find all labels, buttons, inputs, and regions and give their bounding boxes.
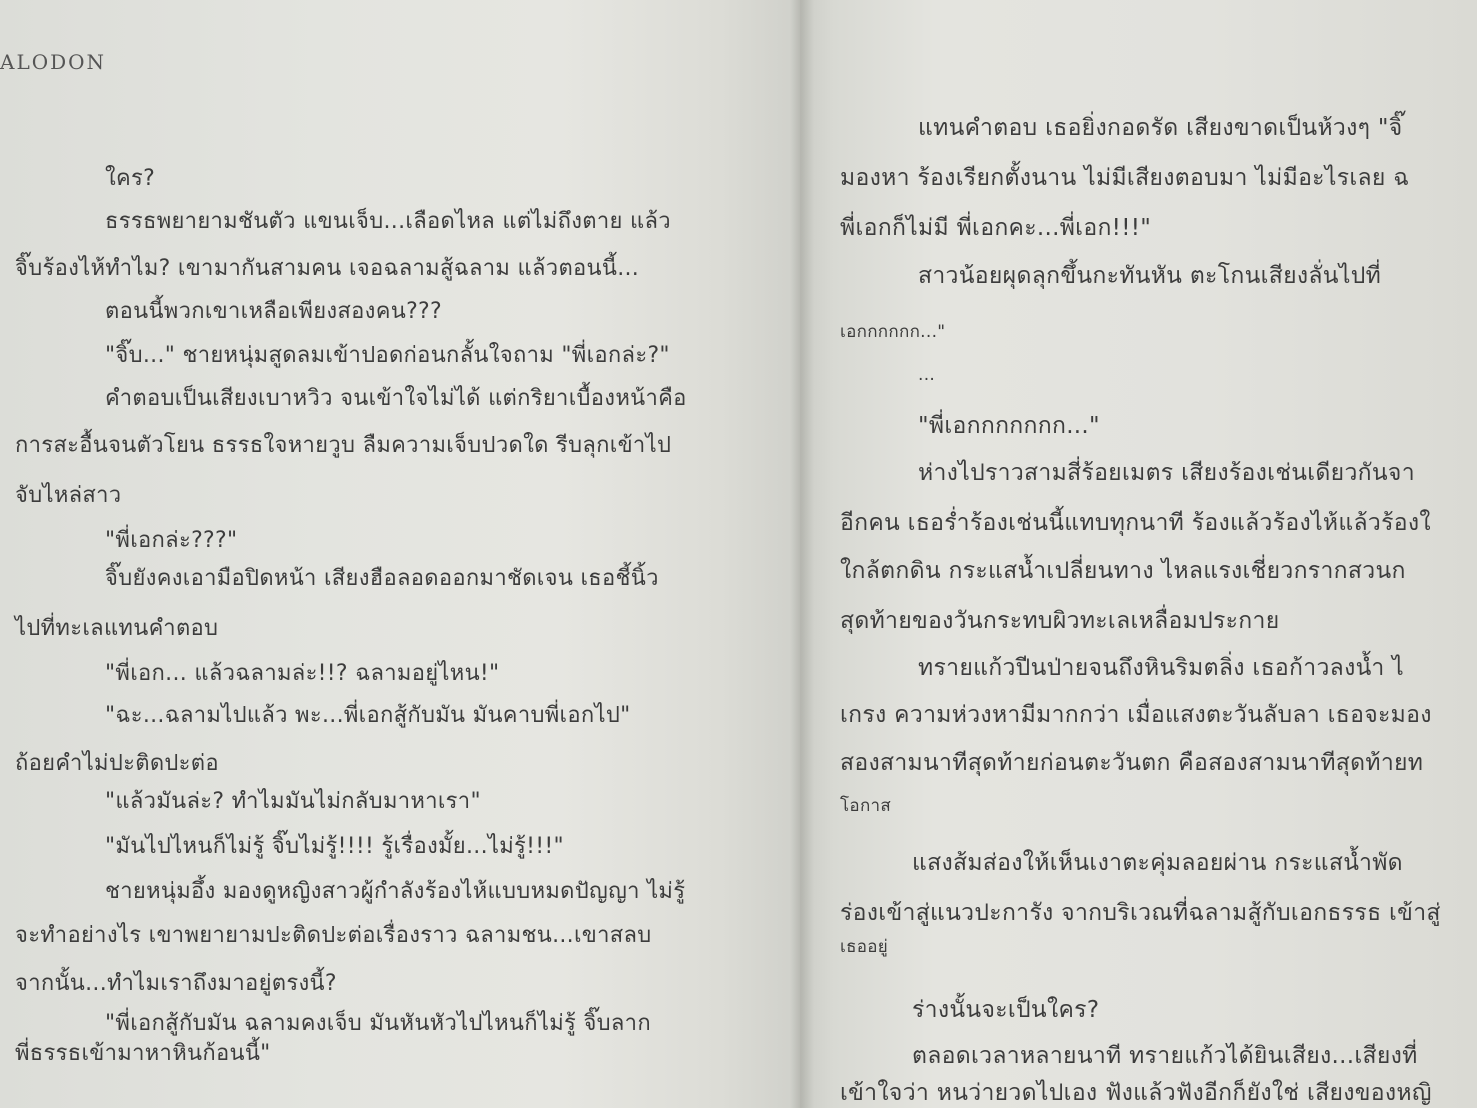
text-line: ทรายแก้วปีนป่ายจนถึงหินริมตลิ่ง เธอก้าวล… — [918, 650, 1404, 686]
text-line: "พี่เอกกกกกกก..." — [918, 408, 1100, 444]
text-line: เกรง ความห่วงหามีมากกว่า เมื่อแสงตะวันลั… — [840, 697, 1432, 733]
left-book-page: ALODON ใคร?ธรรธพยายามชันตัว แขนเจ็บ...เล… — [0, 0, 800, 1108]
text-line: การสะอื้นจนตัวโยน ธรรธใจหายวูบ ลืมความเจ… — [15, 427, 671, 462]
text-line: "แล้วมันล่ะ? ทำไมมันไม่กลับมาหาเรา" — [105, 783, 481, 818]
text-line: สองสามนาทีสุดท้ายก่อนตะวันตก คือสองสามนา… — [840, 745, 1423, 781]
text-line: เข้าใจว่า หนว่ายวดไปเอง ฟังแล้วฟังอีกก็ย… — [840, 1075, 1432, 1108]
text-line: อีกคน เธอร่ำร้องเช่นนี้แทบทุกนาที ร้องแล… — [840, 505, 1431, 541]
text-line: จะทำอย่างไร เขาพยายามปะติดปะต่อเรื่องราว… — [15, 917, 652, 952]
text-line: ถ้อยคำไม่ปะติดปะต่อ — [15, 745, 219, 780]
text-line: ตอนนี้พวกเขาเหลือเพียงสองคน??? — [105, 293, 442, 328]
text-line: จับไหล่สาว — [15, 477, 121, 512]
text-line: ร่างนั้นจะเป็นใคร? — [912, 992, 1099, 1028]
text-line: ชายหนุ่มอึ้ง มองดูหญิงสาวผู้กำลังร้องไห้… — [105, 873, 685, 908]
text-line: ใคร? — [105, 160, 155, 195]
text-line: ใกล้ตกดิน กระแสน้ำเปลี่ยนทาง ไหลแรงเชี่ย… — [840, 553, 1406, 589]
text-line: "พี่เอก... แล้วฉลามล่ะ!!? ฉลามอยู่ไหน!" — [105, 655, 499, 690]
text-line: ไปที่ทะเลแทนคำตอบ — [15, 610, 218, 645]
text-line: ธรรธพยายามชันตัว แขนเจ็บ...เลือดไหล แต่ไ… — [105, 203, 671, 238]
text-line: ... — [918, 365, 935, 385]
text-line: แทนคำตอบ เธอยิ่งกอดรัด เสียงขาดเป็นห้วงๆ… — [918, 110, 1403, 146]
text-line: ร่องเข้าสู่แนวปะการัง จากบริเวณที่ฉลามสู… — [840, 895, 1441, 931]
text-line: พี่เอกก็ไม่มี พี่เอกคะ...พี่เอก!!!" — [840, 210, 1151, 246]
text-line: สุดท้ายของวันกระทบผิวทะเลเหลื่อมประกาย — [840, 603, 1280, 639]
text-line: ห่างไปราวสามสี่ร้อยเมตร เสียงร้องเช่นเดี… — [918, 455, 1415, 491]
text-line: เธออยู่ — [840, 933, 888, 960]
running-head: ALODON — [0, 50, 106, 74]
text-line: มองหา ร้องเรียกตั้งนาน ไม่มีเสียงตอบมา ไ… — [840, 160, 1409, 196]
text-line: จิ๊บยังคงเอามือปิดหน้า เสียงฮือลอดออกมาช… — [105, 560, 659, 595]
text-line: "จิ๊บ..." ชายหนุ่มสูดลมเข้าปอดก่อนกลั้นใ… — [105, 337, 670, 372]
text-line: ตลอดเวลาหลายนาที ทรายแก้วได้ยินเสียง...เ… — [912, 1038, 1418, 1074]
text-line: พี่ธรรธเข้ามาหาหินก้อนนี้" — [15, 1035, 271, 1070]
text-line: จากนั้น...ทำไมเราถึงมาอยู่ตรงนี้? — [15, 965, 337, 1000]
text-line: "มันไปไหนก็ไม่รู้ จิ๊บไม่รู้!!!! รู้เรื่… — [105, 828, 564, 863]
text-line: จิ๊บร้องไห้ทำไม? เขามากันสามคน เจอฉลามสู… — [15, 250, 639, 285]
text-line: โอกาส — [840, 792, 891, 819]
text-line: คำตอบเป็นเสียงเบาหวิว จนเข้าใจไม่ได้ แต่… — [105, 380, 687, 415]
text-line: สาวน้อยผุดลุกขึ้นกะทันหัน ตะโกนเสียงลั่น… — [918, 258, 1381, 294]
text-line: "พี่เอกล่ะ???" — [105, 522, 237, 557]
book-gutter-shadow — [790, 0, 814, 1108]
right-book-page: แทนคำตอบ เธอยิ่งกอดรัด เสียงขาดเป็นห้วงๆ… — [800, 0, 1477, 1108]
text-line: "ฉะ...ฉลามไปแล้ว พะ...พี่เอกสู้กับมัน มั… — [105, 697, 631, 732]
text-line: เอกกกกกก..." — [840, 318, 945, 345]
text-line: แสงส้มส่องให้เห็นเงาตะคุ่มลอยผ่าน กระแสน… — [912, 845, 1403, 881]
